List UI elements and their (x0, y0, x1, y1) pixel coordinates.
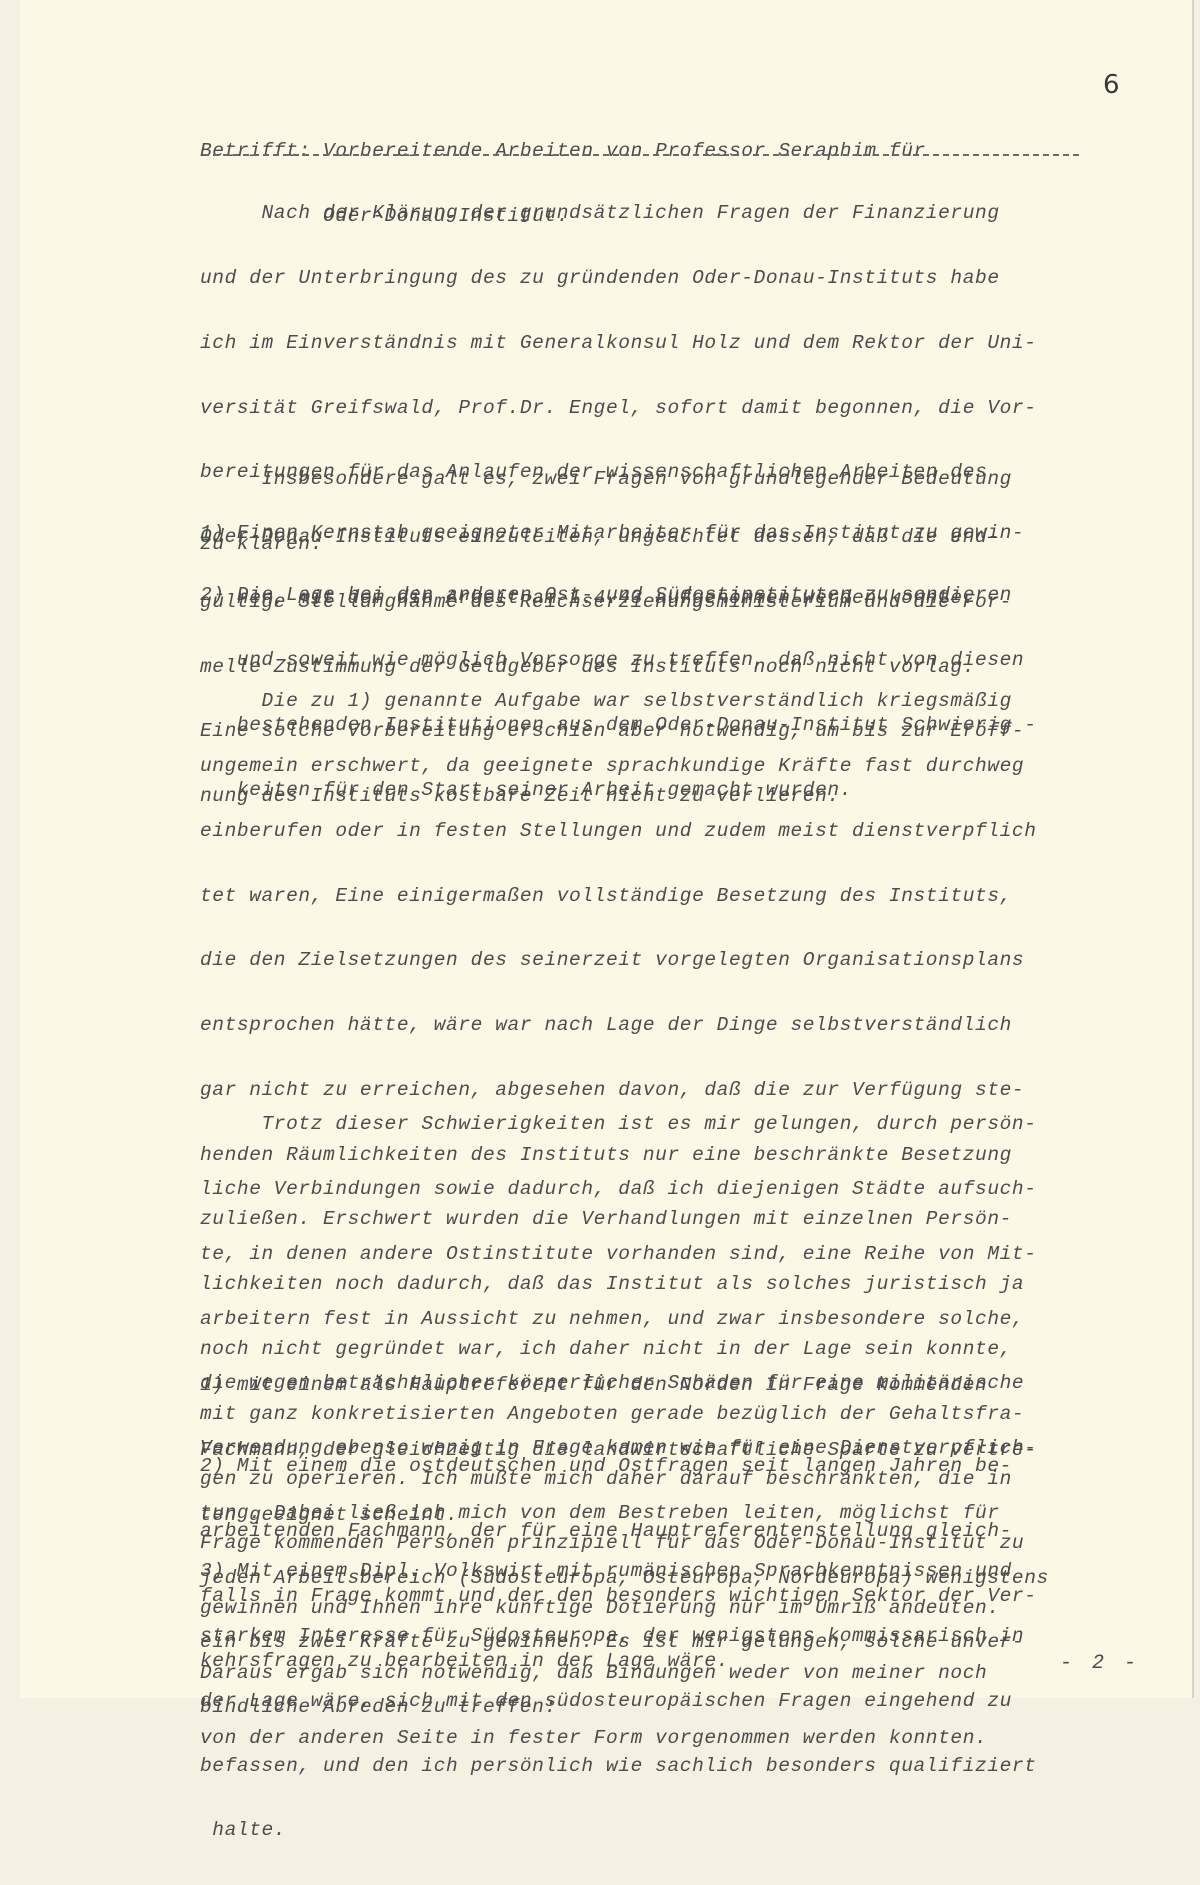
text-line: versität Greifswald, Prof.Dr. Engel, sof… (200, 398, 1200, 420)
subject-underline (203, 154, 1079, 156)
text-line: 2) Mit einem die ostdeutschen und Ostfra… (200, 1456, 1200, 1478)
text-line: ungemein erschwert, da geeignete sprachk… (200, 756, 1200, 778)
text-line: 3) Mit einem Dipl. Volkswirt mit rumänis… (200, 1561, 1200, 1583)
text-line: starkem Interesse für Südosteuropa, der … (200, 1626, 1200, 1648)
document-page: 6 Betrifft: Vorbereitende Arbeiten von P… (20, 0, 1194, 1698)
text-line: 2) Die Lage bei den anderen Ost- und Süd… (200, 585, 1200, 607)
text-line: te, in denen andere Ostinstitute vorhand… (200, 1244, 1200, 1266)
text-line: Trotz dieser Schwierigkeiten ist es mir … (200, 1114, 1200, 1136)
text-line: einberufen oder in festen Stellungen und… (200, 821, 1200, 843)
page-number-top: 6 (1103, 70, 1120, 100)
text-line: tet waren, Eine einigermaßen vollständig… (200, 886, 1200, 908)
text-line: ich im Einverständnis mit Generalkonsul … (200, 333, 1200, 355)
text-line: entsprochen hätte, wäre war nach Lage de… (200, 1015, 1200, 1037)
text-line: 1) mit einem als Hauptreferent für den N… (200, 1375, 1200, 1397)
text-line: Die zu 1) genannte Aufgabe war selbstver… (200, 691, 1200, 713)
page-number-footer: - 2 - (1060, 1652, 1140, 1675)
text-line: liche Verbindungen sowie dadurch, daß ic… (200, 1179, 1200, 1201)
text-line: arbeitern fest in Aussicht zu nehmen, un… (200, 1309, 1200, 1331)
text-line: Nach der Klärung der grundsätzlichen Fra… (200, 203, 1200, 225)
text-line: die den Zielsetzungen des seinerzeit vor… (200, 950, 1200, 972)
text-line: und der Unterbringung des zu gründenden … (200, 268, 1200, 290)
agreement-item-3: 3) Mit einem Dipl. Volkswirt mit rumänis… (200, 1518, 1200, 1698)
text-line: der Lage wäre, sich mit den südosteuropä… (200, 1691, 1200, 1698)
